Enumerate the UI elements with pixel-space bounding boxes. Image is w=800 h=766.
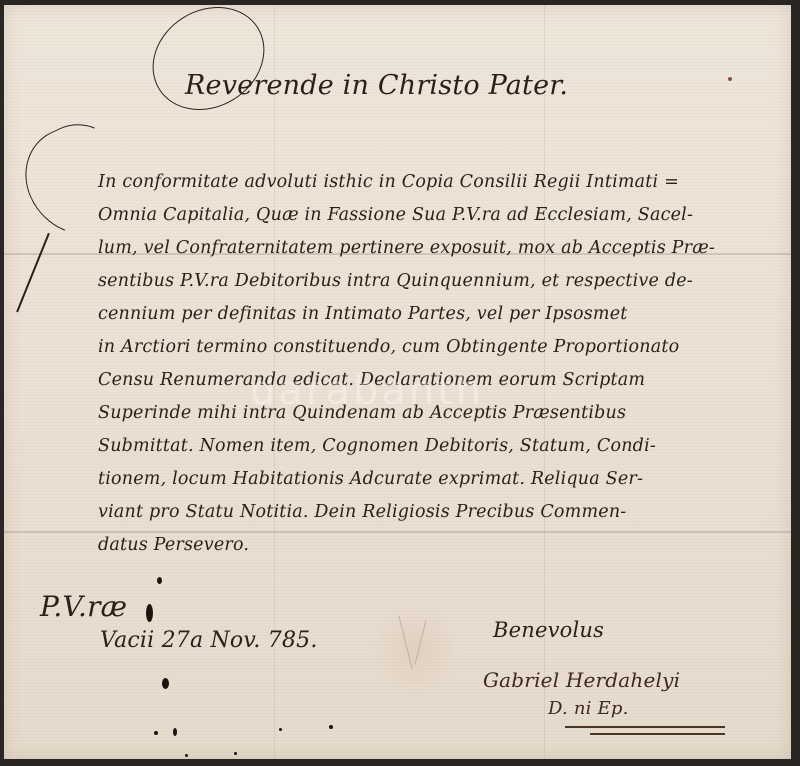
- watermark: darabanth: [250, 368, 484, 414]
- body-line: datus Persevero.: [98, 535, 249, 555]
- ink-blot: [234, 752, 237, 755]
- body-line: sentibus P.V.ra Debitoribus intra Quinqu…: [98, 271, 693, 291]
- place-date: Vacii 27a Nov. 785.: [100, 628, 318, 653]
- signature-underline: [590, 733, 725, 735]
- body-line: cennium per definitas in Intimato Partes…: [98, 304, 628, 324]
- ink-blot: [157, 577, 162, 584]
- ink-blot: [329, 725, 333, 729]
- ink-blot: [279, 728, 282, 731]
- closing: Benevolus: [493, 618, 604, 642]
- ink-blot: [146, 604, 153, 622]
- body-line: lum, vel Confraternitatem pertinere expo…: [98, 238, 715, 258]
- ink-blot: [162, 678, 169, 689]
- ink-blot: [173, 728, 177, 736]
- signature-title: D. ni Ep.: [548, 698, 629, 719]
- body-line: in Arctiori termino constituendo, cum Ob…: [98, 337, 679, 357]
- foxing-spot: [728, 77, 732, 81]
- body-line: viant pro Statu Notitia. Dein Religiosis…: [98, 502, 626, 522]
- body-line: Submittat. Nomen item, Cognomen Debitori…: [98, 436, 656, 456]
- signature: Gabriel Herdahelyi: [483, 668, 680, 692]
- seal-imprint: [370, 600, 460, 700]
- signature-underline: [565, 726, 725, 728]
- body-line: Omnia Capitalia, Quæ in Fassione Sua P.V…: [98, 205, 693, 225]
- abbreviation: P.V.ræ: [40, 590, 127, 623]
- salutation: Reverende in Christo Pater.: [185, 70, 568, 101]
- ink-blot: [154, 731, 158, 735]
- body-line: In conformitate advoluti isthic in Copia…: [98, 172, 679, 192]
- ink-blot: [185, 754, 188, 757]
- body-line: tionem, locum Habitationis Adcurate expr…: [98, 469, 643, 489]
- fold-line: [4, 531, 791, 533]
